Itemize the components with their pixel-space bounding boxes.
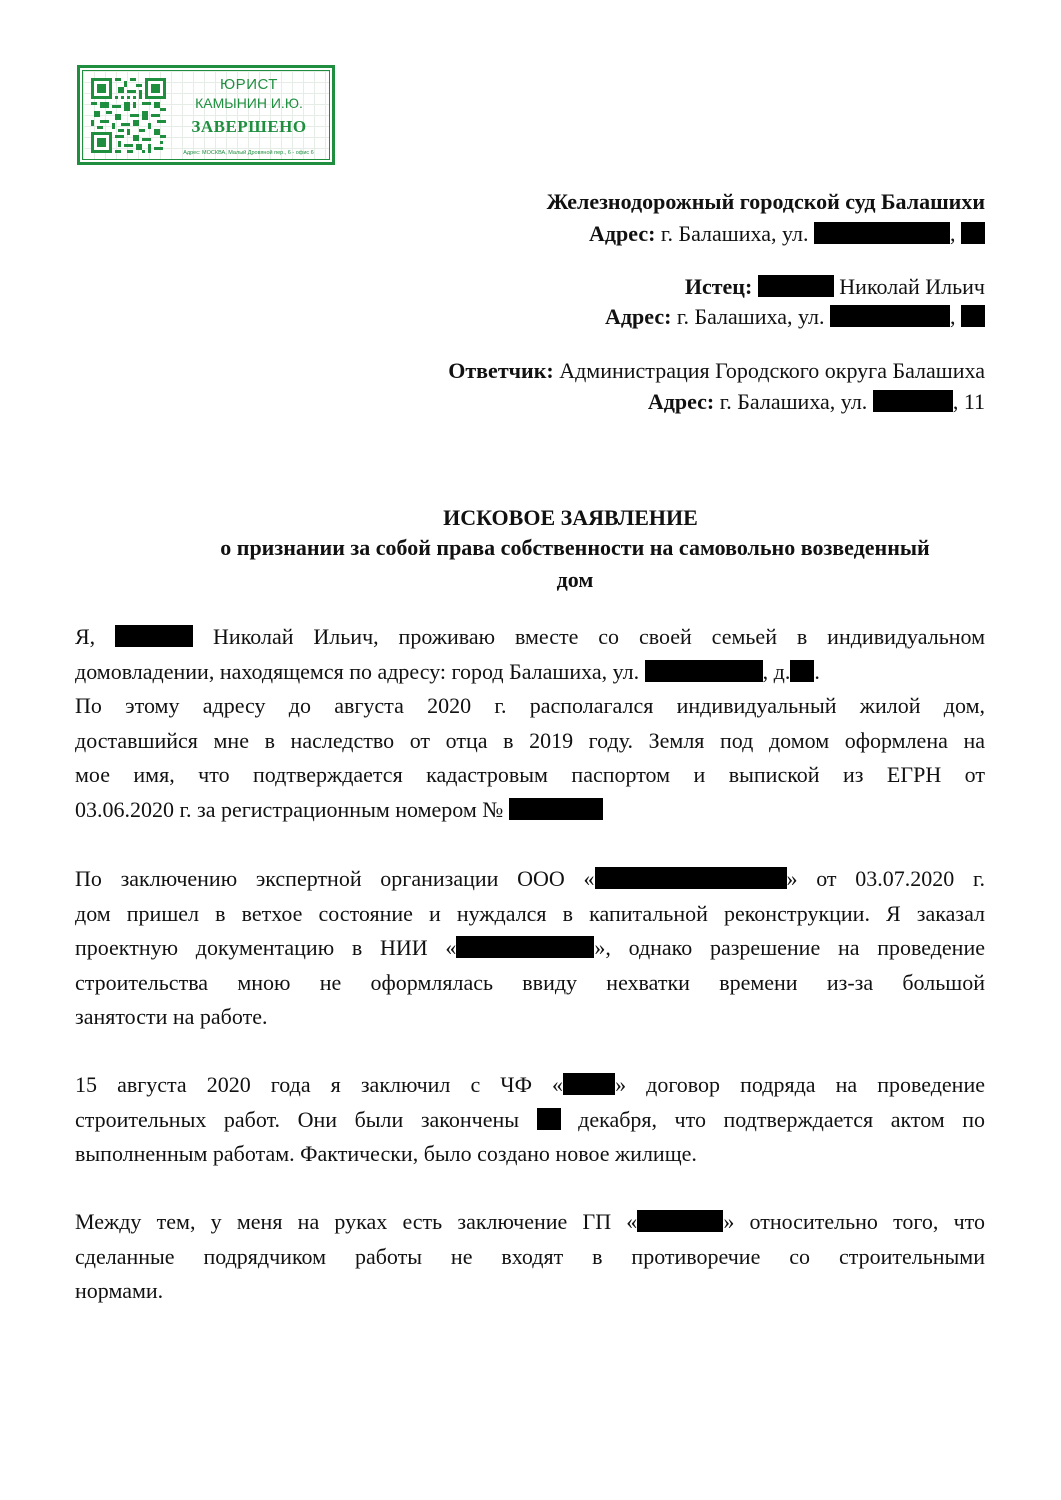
p4-line-3: нормами. xyxy=(75,1274,985,1309)
text: . xyxy=(814,659,820,684)
redacted-street xyxy=(814,222,950,244)
defendant-house: , 11 xyxy=(953,389,985,414)
p1-line-1: Я, Николай Ильич, проживаю вместе со сво… xyxy=(75,620,985,655)
text: домовладении, находящемся по адресу: гор… xyxy=(75,659,639,684)
p4-line-1: Между тем, у меня на руках есть заключен… xyxy=(75,1205,985,1240)
paragraph-1: Я, Николай Ильич, проживаю вместе со сво… xyxy=(75,620,985,827)
redacted-street xyxy=(830,305,950,327)
text: Я, xyxy=(75,624,95,649)
comma: , xyxy=(950,221,956,246)
paragraph-3: 15 августа 2020 года я заключил с ЧФ «» … xyxy=(75,1068,985,1172)
redacted-surname xyxy=(758,275,834,297)
subtitle-line-2: дом xyxy=(155,564,995,596)
p2-line-3: проектную документацию в НИИ «», однако … xyxy=(75,931,985,966)
p1-line-2: домовладении, находящемся по адресу: гор… xyxy=(75,655,985,690)
document-page: ЮРИСТ КАМЫНИН И.Ю. ЗАВЕРШЕНО Адрес: МОСК… xyxy=(0,0,1061,1500)
text: » договор подряда на проведение xyxy=(615,1072,985,1097)
p2-line-1: По заключению экспертной организации ООО… xyxy=(75,862,985,897)
defendant-address-text: г. Балашиха, ул. xyxy=(720,389,868,414)
redacted-day xyxy=(537,1108,561,1130)
text: », однако разрешение на проведение xyxy=(594,935,985,960)
plaintiff: Истец: Николай Ильич xyxy=(685,272,985,302)
document-subtitle: о признании за собой права собственности… xyxy=(155,532,995,596)
plaintiff-name: Николай Ильич xyxy=(839,274,985,299)
p2-line-4: строительства мною не оформлялась ввиду … xyxy=(75,966,985,1001)
redacted-institute xyxy=(456,936,594,958)
redacted-surname xyxy=(115,625,193,647)
plaintiff-address-label: Адрес: xyxy=(605,304,671,329)
stamp-title: ЮРИСТ xyxy=(173,75,325,94)
text: проектную документацию в НИИ « xyxy=(75,935,456,960)
stamp-text-block: ЮРИСТ КАМЫНИН И.Ю. ЗАВЕРШЕНО xyxy=(173,75,325,139)
p2-line-5: занятости на работе. xyxy=(75,1000,985,1035)
qr-code-icon xyxy=(91,78,166,153)
plaintiff-label: Истец: xyxy=(685,274,752,299)
comma: , xyxy=(950,304,956,329)
court-address: Адрес: г. Балашиха, ул. , xyxy=(589,219,985,249)
p3-line-2: строительных работ. Они были закончены д… xyxy=(75,1103,985,1138)
text: Между тем, у меня на руках есть заключен… xyxy=(75,1209,637,1234)
redacted-company xyxy=(563,1073,615,1095)
p1-line-3: По этому адресу до августа 2020 г. распо… xyxy=(75,689,985,724)
redacted-house-number xyxy=(961,222,985,244)
p1-line-6: 03.06.2020 г. за регистрационным номером… xyxy=(75,793,985,828)
defendant-label: Ответчик: xyxy=(448,358,553,383)
stamp-lawyer-name: КАМЫНИН И.Ю. xyxy=(173,94,325,113)
redacted-street xyxy=(645,660,763,682)
redacted-organization xyxy=(595,867,787,889)
redacted-house-number xyxy=(790,660,814,682)
text: » от 03.07.2020 г. xyxy=(787,866,986,891)
text: 15 августа 2020 года я заключил с ЧФ « xyxy=(75,1072,563,1097)
stamp-status: ЗАВЕРШЕНО xyxy=(173,115,325,139)
defendant-address: Адрес: г. Балашиха, ул. , 11 xyxy=(648,387,985,417)
defendant-address-label: Адрес: xyxy=(648,389,714,414)
text: Николай Ильич, проживаю вместе со своей … xyxy=(213,624,985,649)
p1-line-5: мое имя, что подтверждается кадастровым … xyxy=(75,758,985,793)
p3-line-3: выполненным работам. Фактически, было со… xyxy=(75,1137,985,1172)
text: , д. xyxy=(763,659,791,684)
plaintiff-address: Адрес: г. Балашиха, ул. , xyxy=(605,302,985,332)
stamp-inner-frame: ЮРИСТ КАМЫНИН И.Ю. ЗАВЕРШЕНО Адрес: МОСК… xyxy=(82,70,330,160)
court-name: Железнодорожный городской суд Балашихи xyxy=(547,187,985,217)
stamp-address: Адрес: МОСКВА, Малый Дровяной пер., 6 - … xyxy=(171,150,326,156)
redacted-street xyxy=(873,390,953,412)
redacted-house-number xyxy=(961,305,985,327)
text: По заключению экспертной организации ООО… xyxy=(75,866,595,891)
paragraph-4: Между тем, у меня на руках есть заключен… xyxy=(75,1205,985,1309)
document-title: ИСКОВОЕ ЗАЯВЛЕНИЕ xyxy=(40,503,1061,533)
subtitle-line-1: о признании за собой права собственности… xyxy=(155,532,995,564)
redacted-registration-number xyxy=(509,798,603,820)
text: » относительно того, что xyxy=(723,1209,985,1234)
court-address-label: Адрес: xyxy=(589,221,655,246)
plaintiff-address-text: г. Балашиха, ул. xyxy=(677,304,825,329)
p1-line-4: доставшийся мне в наследство от отца в 2… xyxy=(75,724,985,759)
text: декабря, что подтверждается актом по xyxy=(578,1107,985,1132)
p4-line-2: сделанные подрядчиком работы не входят в… xyxy=(75,1240,985,1275)
redacted-company xyxy=(637,1210,723,1232)
paragraph-2: По заключению экспертной организации ООО… xyxy=(75,862,985,1035)
text: строительных работ. Они были закончены xyxy=(75,1107,519,1132)
text: 03.06.2020 г. за регистрационным номером… xyxy=(75,797,503,822)
p3-line-1: 15 августа 2020 года я заключил с ЧФ «» … xyxy=(75,1068,985,1103)
court-address-text: г. Балашиха, ул. xyxy=(661,221,809,246)
defendant: Ответчик: Администрация Городского округ… xyxy=(448,356,985,386)
p2-line-2: дом пришел в ветхое состояние и нуждался… xyxy=(75,897,985,932)
defendant-name: Администрация Городского округа Балашиха xyxy=(559,358,985,383)
lawyer-stamp: ЮРИСТ КАМЫНИН И.Ю. ЗАВЕРШЕНО Адрес: МОСК… xyxy=(77,65,335,165)
